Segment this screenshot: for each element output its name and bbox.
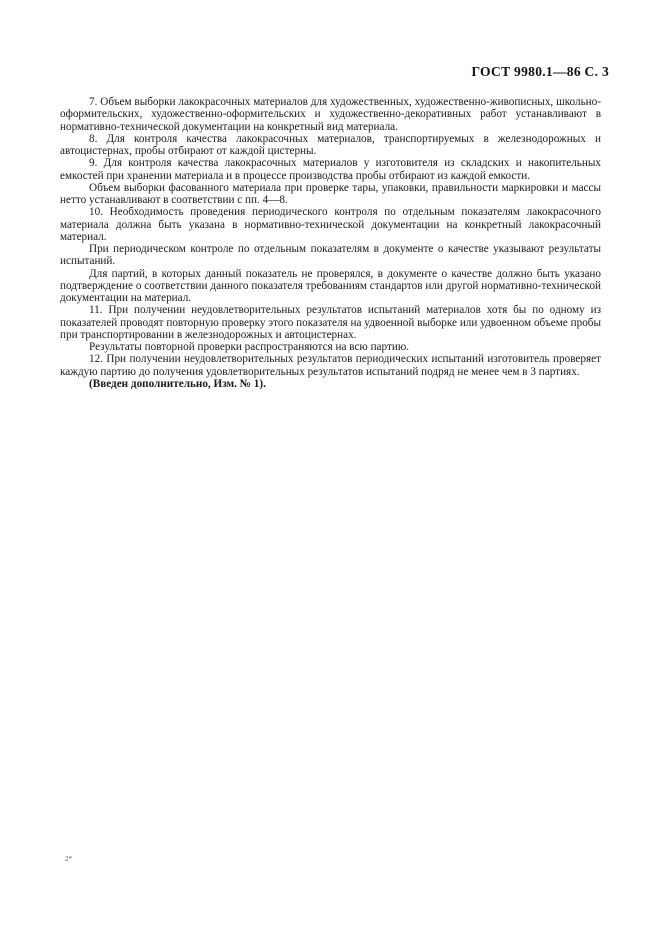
paragraph-7: 7. Объем выборки лакокрасочных материало… — [60, 96, 601, 133]
paragraph-8: 8. Для контроля качества лакокрасочных м… — [60, 133, 601, 158]
paragraph-10: 10. Необходимость проведения периодическ… — [60, 206, 601, 243]
paragraph-10-untested-batches: Для партий, в которых данный показатель … — [60, 268, 601, 305]
document-body: 7. Объем выборки лакокрасочных материало… — [60, 96, 601, 390]
document-title: ГОСТ 9980.1—86 С. 3 — [472, 64, 610, 79]
paragraph-9: 9. Для контроля качества лакокрасочных м… — [60, 157, 601, 182]
paragraph-11: 11. При получении неудовлетворительных р… — [60, 304, 601, 341]
paragraph-12: 12. При получении неудовлетворительных р… — [60, 353, 601, 378]
page-header: ГОСТ 9980.1—86 С. 3 — [472, 64, 610, 80]
paragraph-9-sample-size: Объем выборки фасованного материала при … — [60, 182, 601, 207]
paragraph-11-retest-results: Результаты повторной проверки распростра… — [60, 341, 601, 353]
amendment-note: (Введен дополнительно, Изм. № 1). — [60, 378, 601, 390]
signature-mark: 2* — [65, 855, 72, 863]
paragraph-10-periodic-control: При периодическом контроле по отдельным … — [60, 243, 601, 268]
